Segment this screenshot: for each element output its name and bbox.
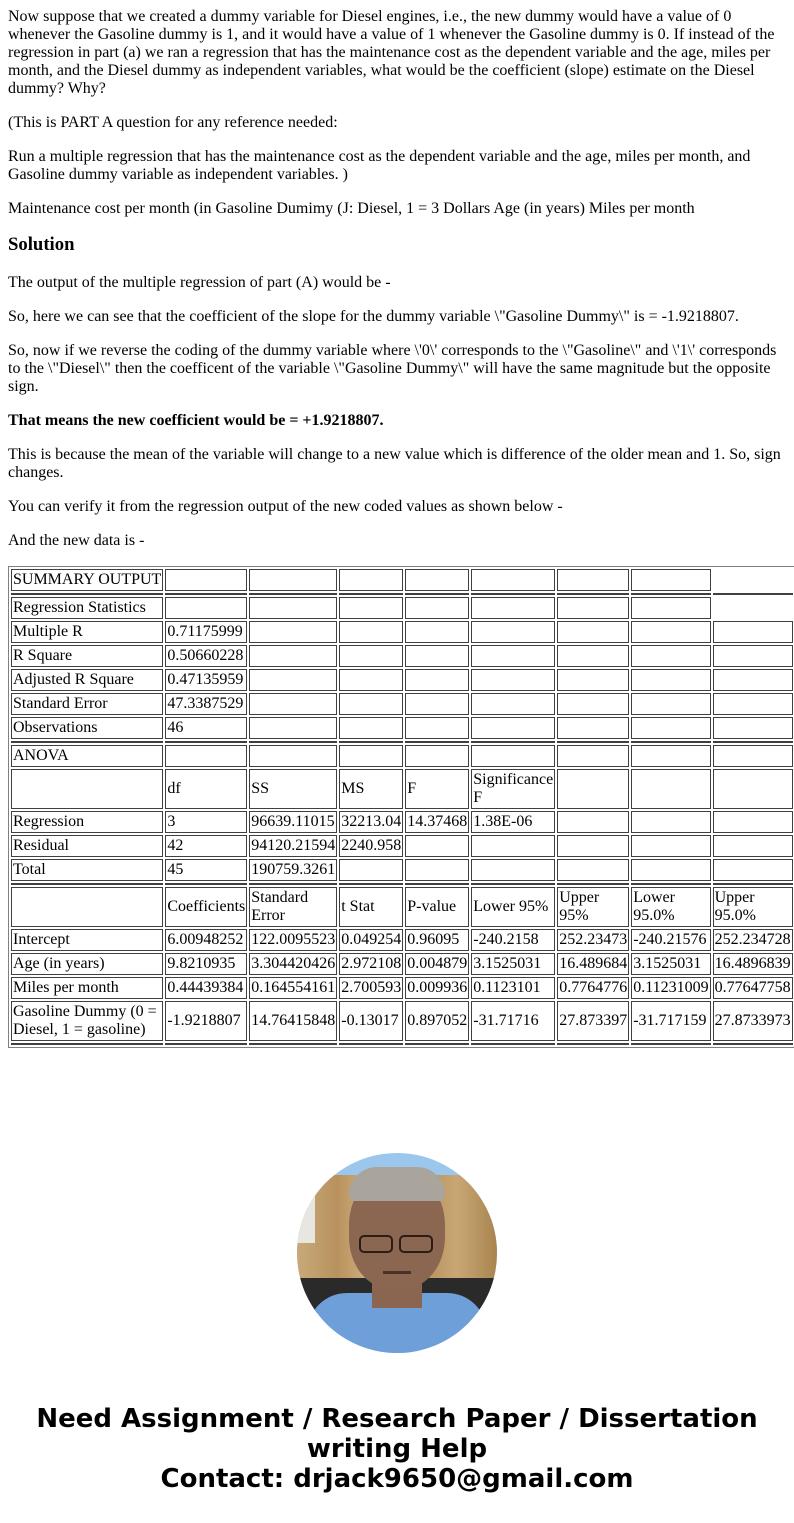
coefficient-value: 0.164554161: [249, 977, 337, 999]
coefficient-value: -240.21576: [631, 929, 710, 951]
empty-cell: [713, 669, 793, 691]
anova-header-cell: F: [405, 769, 469, 809]
empty-cell: [631, 811, 710, 833]
coefficient-row: Age (in years)9.82109353.3044204262.9721…: [11, 953, 793, 975]
anova-value: 190759.3261: [249, 859, 337, 881]
coefficient-value: 0.004879: [405, 953, 469, 975]
anova-header-cell: MS: [339, 769, 403, 809]
anova-value: 1.38E-06: [471, 811, 555, 833]
coefficient-value: 0.96095: [405, 929, 469, 951]
anova-row-label: Total: [11, 859, 163, 881]
stat-label: Observations: [11, 717, 163, 739]
separator-cell: [557, 741, 629, 743]
anova-value: 3: [165, 811, 247, 833]
regression-output-table: SUMMARY OUTPUTRegression StatisticsMulti…: [8, 566, 794, 1048]
anova-header-cell: [11, 769, 163, 809]
anova-value: 45: [165, 859, 247, 881]
coefficients-header-cell: Lower 95%: [471, 887, 555, 927]
separator-cell: [339, 1043, 403, 1045]
coefficient-value: 3.304420426: [249, 953, 337, 975]
regression-statistic-row: Observations46: [11, 717, 793, 739]
coefficient-row: Miles per month0.444393840.1645541612.70…: [11, 977, 793, 999]
regression-statistics-header-row: Regression Statistics: [11, 597, 793, 619]
separator-cell: [249, 883, 337, 885]
solution-paragraph-3: So, now if we reverse the coding of the …: [8, 342, 786, 396]
empty-cell: [557, 769, 629, 809]
coefficient-row-label: Intercept: [11, 929, 163, 951]
stat-label: Standard Error: [11, 693, 163, 715]
empty-cell: [471, 693, 555, 715]
empty-cell: [557, 835, 629, 857]
anova-value: [471, 859, 555, 881]
page-content: Now suppose that we created a dummy vari…: [0, 0, 794, 1048]
separator-cell: [631, 593, 710, 595]
anova-value: [405, 835, 469, 857]
stat-value: 47.3387529: [165, 693, 247, 715]
separator-cell: [165, 593, 247, 595]
empty-cell: [557, 669, 629, 691]
coefficient-row: Intercept6.00948252122.00955230.0492540.…: [11, 929, 793, 951]
separator-cell: [631, 1043, 710, 1045]
empty-cell: [339, 693, 403, 715]
coefficients-header-cell: t Stat: [339, 887, 403, 927]
coefficient-value: 0.7764776: [557, 977, 629, 999]
empty-cell: [713, 745, 793, 767]
separator-row: [11, 1043, 793, 1045]
coefficients-header-row: CoefficientsStandard Errort StatP-valueL…: [11, 887, 793, 927]
summary-output-row: SUMMARY OUTPUT: [11, 569, 793, 591]
coefficient-value: 9.8210935: [165, 953, 247, 975]
anova-title: ANOVA: [11, 745, 163, 767]
anova-row: Residual4294120.215942240.958: [11, 835, 793, 857]
empty-cell: [631, 569, 710, 591]
coefficient-value: 0.77647758: [713, 977, 793, 999]
solution-paragraph-2: So, here we can see that the coefficient…: [8, 308, 786, 326]
separator-cell: [631, 883, 710, 885]
separator-cell: [471, 883, 555, 885]
coefficient-value: -240.2158: [471, 929, 555, 951]
coefficients-header-cell: Lower 95.0%: [631, 887, 710, 927]
empty-cell: [713, 597, 793, 619]
coefficient-value: -1.9218807: [165, 1001, 247, 1041]
question-paragraph-3: Run a multiple regression that has the m…: [8, 148, 786, 184]
coefficient-value: 122.0095523: [249, 929, 337, 951]
footer-headline: Need Assignment / Research Paper / Disse…: [0, 1404, 794, 1464]
empty-cell: [339, 745, 403, 767]
empty-cell: [249, 717, 337, 739]
separator-cell: [249, 1043, 337, 1045]
separator-row: [11, 593, 793, 595]
empty-cell: [405, 569, 469, 591]
empty-cell: [405, 745, 469, 767]
separator-cell: [713, 1043, 793, 1045]
tutor-avatar: [297, 1153, 497, 1353]
coefficient-value: 16.489684: [557, 953, 629, 975]
empty-cell: [249, 621, 337, 643]
avatar-mouth: [383, 1271, 411, 1274]
empty-cell: [249, 569, 337, 591]
empty-cell: [713, 769, 793, 809]
empty-cell: [557, 811, 629, 833]
empty-cell: [339, 669, 403, 691]
separator-cell: [557, 593, 629, 595]
anova-header-cell: SS: [249, 769, 337, 809]
separator-cell: [631, 741, 710, 743]
empty-cell: [557, 569, 629, 591]
separator-cell: [471, 593, 555, 595]
question-paragraph-2: (This is PART A question for any referen…: [8, 114, 786, 132]
empty-cell: [631, 859, 710, 881]
empty-cell: [405, 621, 469, 643]
coefficient-row-label: Age (in years): [11, 953, 163, 975]
coefficient-value: 6.00948252: [165, 929, 247, 951]
anova-value: [471, 835, 555, 857]
regression-statistic-row: R Square0.50660228: [11, 645, 793, 667]
empty-cell: [249, 645, 337, 667]
empty-cell: [557, 597, 629, 619]
separator-cell: [557, 1043, 629, 1045]
empty-cell: [557, 717, 629, 739]
empty-cell: [713, 645, 793, 667]
anova-header-row: dfSSMSFSignificance F: [11, 769, 793, 809]
separator-cell: [339, 883, 403, 885]
stat-label: Multiple R: [11, 621, 163, 643]
separator-cell: [557, 883, 629, 885]
coefficient-value: -31.71716: [471, 1001, 555, 1041]
coefficients-header-cell: [11, 887, 163, 927]
empty-cell: [557, 693, 629, 715]
separator-cell: [11, 883, 163, 885]
separator-cell: [405, 741, 469, 743]
separator-cell: [405, 593, 469, 595]
solution-heading: Solution: [8, 234, 786, 256]
empty-cell: [249, 693, 337, 715]
empty-cell: [631, 645, 710, 667]
coefficient-value: 0.11231009: [631, 977, 710, 999]
separator-row: [11, 883, 793, 885]
solution-paragraph-7: And the new data is -: [8, 532, 786, 550]
empty-cell: [339, 717, 403, 739]
separator-cell: [249, 741, 337, 743]
stat-value: 0.47135959: [165, 669, 247, 691]
empty-cell: [405, 597, 469, 619]
empty-cell: [471, 717, 555, 739]
coefficient-value: -0.13017: [339, 1001, 403, 1041]
anova-value: 42: [165, 835, 247, 857]
coefficient-value: 3.1525031: [471, 953, 555, 975]
avatar-glasses: [359, 1235, 435, 1251]
solution-answer: That means the new coefficient would be …: [8, 412, 786, 430]
coefficient-value: -31.717159: [631, 1001, 710, 1041]
anova-value: 2240.958: [339, 835, 403, 857]
empty-cell: [249, 745, 337, 767]
coefficient-row-label: Gasoline Dummy (0 = Diesel, 1 = gasoline…: [11, 1001, 163, 1041]
regression-statistic-row: Multiple R0.71175999: [11, 621, 793, 643]
empty-cell: [405, 645, 469, 667]
separator-row: [11, 741, 793, 743]
separator-cell: [405, 1043, 469, 1045]
empty-cell: [713, 811, 793, 833]
empty-cell: [249, 669, 337, 691]
avatar-wall-switch: [297, 1193, 315, 1243]
empty-cell: [339, 569, 403, 591]
anova-row-label: Residual: [11, 835, 163, 857]
contact-footer: Need Assignment / Research Paper / Disse…: [0, 1404, 794, 1494]
empty-cell: [471, 745, 555, 767]
coefficients-header-cell: Upper 95%: [557, 887, 629, 927]
empty-cell: [631, 769, 710, 809]
empty-cell: [471, 645, 555, 667]
regression-statistics-title: Regression Statistics: [11, 597, 163, 619]
empty-cell: [631, 669, 710, 691]
separator-cell: [713, 883, 793, 885]
empty-cell: [713, 621, 793, 643]
empty-cell: [471, 669, 555, 691]
empty-cell: [165, 745, 247, 767]
coefficient-value: 27.873397: [557, 1001, 629, 1041]
coefficient-value: 0.44439384: [165, 977, 247, 999]
stat-value: 0.50660228: [165, 645, 247, 667]
coefficients-header-cell: Coefficients: [165, 887, 247, 927]
anova-value: 96639.11015: [249, 811, 337, 833]
separator-cell: [165, 741, 247, 743]
separator-cell: [339, 741, 403, 743]
coefficient-value: 27.8733973: [713, 1001, 793, 1041]
empty-cell: [339, 645, 403, 667]
empty-cell: [339, 597, 403, 619]
separator-cell: [165, 1043, 247, 1045]
coefficient-value: 0.897052: [405, 1001, 469, 1041]
anova-value: [339, 859, 403, 881]
empty-cell: [405, 717, 469, 739]
empty-cell: [339, 621, 403, 643]
empty-cell: [631, 621, 710, 643]
anova-value: 94120.21594: [249, 835, 337, 857]
anova-value: 14.37468: [405, 811, 469, 833]
separator-cell: [165, 883, 247, 885]
coefficient-value: 2.972108: [339, 953, 403, 975]
empty-cell: [557, 645, 629, 667]
empty-cell: [405, 669, 469, 691]
question-paragraph-4: Maintenance cost per month (in Gasoline …: [8, 200, 786, 218]
separator-cell: [339, 593, 403, 595]
anova-value: 32213.04: [339, 811, 403, 833]
empty-cell: [713, 717, 793, 739]
separator-cell: [11, 1043, 163, 1045]
empty-cell: [631, 693, 710, 715]
empty-cell: [471, 569, 555, 591]
empty-cell: [713, 693, 793, 715]
empty-cell: [713, 835, 793, 857]
anova-title-row: ANOVA: [11, 745, 793, 767]
avatar-hair: [349, 1167, 445, 1201]
footer-contact: Contact: drjack9650@gmail.com: [0, 1464, 794, 1494]
separator-cell: [471, 741, 555, 743]
question-paragraph-1: Now suppose that we created a dummy vari…: [8, 8, 786, 98]
empty-cell: [405, 693, 469, 715]
coefficient-value: 0.009936: [405, 977, 469, 999]
separator-cell: [713, 741, 793, 743]
coefficient-value: 3.1525031: [631, 953, 710, 975]
empty-cell: [557, 745, 629, 767]
coefficient-value: 252.23473: [557, 929, 629, 951]
stat-value: 46: [165, 717, 247, 739]
empty-cell: [557, 859, 629, 881]
separator-cell: [11, 741, 163, 743]
regression-statistic-row: Standard Error47.3387529: [11, 693, 793, 715]
stat-label: R Square: [11, 645, 163, 667]
empty-cell: [471, 597, 555, 619]
coefficient-value: 16.4896839: [713, 953, 793, 975]
empty-cell: [557, 621, 629, 643]
anova-value: [405, 859, 469, 881]
empty-cell: [713, 569, 793, 591]
separator-cell: [713, 593, 793, 595]
coefficient-row-label: Miles per month: [11, 977, 163, 999]
coefficient-row: Gasoline Dummy (0 = Diesel, 1 = gasoline…: [11, 1001, 793, 1041]
empty-cell: [631, 717, 710, 739]
anova-row: Total45190759.3261: [11, 859, 793, 881]
solution-paragraph-5: This is because the mean of the variable…: [8, 446, 786, 482]
separator-cell: [471, 1043, 555, 1045]
separator-cell: [249, 593, 337, 595]
coefficients-header-cell: Upper 95.0%: [713, 887, 793, 927]
coefficient-value: 2.700593: [339, 977, 403, 999]
coefficient-value: 0.1123101: [471, 977, 555, 999]
coefficients-header-cell: Standard Error: [249, 887, 337, 927]
separator-cell: [405, 883, 469, 885]
solution-paragraph-6: You can verify it from the regression ou…: [8, 498, 786, 516]
empty-cell: [631, 597, 710, 619]
empty-cell: [165, 597, 247, 619]
summary-output-title: SUMMARY OUTPUT: [11, 569, 163, 591]
coefficients-header-cell: P-value: [405, 887, 469, 927]
empty-cell: [249, 597, 337, 619]
coefficient-value: 0.049254: [339, 929, 403, 951]
empty-cell: [631, 835, 710, 857]
coefficient-value: 14.76415848: [249, 1001, 337, 1041]
anova-header-cell: df: [165, 769, 247, 809]
empty-cell: [631, 745, 710, 767]
anova-row-label: Regression: [11, 811, 163, 833]
empty-cell: [713, 859, 793, 881]
regression-statistic-row: Adjusted R Square0.47135959: [11, 669, 793, 691]
anova-row: Regression396639.1101532213.0414.374681.…: [11, 811, 793, 833]
stat-label: Adjusted R Square: [11, 669, 163, 691]
solution-paragraph-1: The output of the multiple regression of…: [8, 274, 786, 292]
separator-cell: [11, 593, 163, 595]
empty-cell: [165, 569, 247, 591]
empty-cell: [471, 621, 555, 643]
stat-value: 0.71175999: [165, 621, 247, 643]
coefficient-value: 252.234728: [713, 929, 793, 951]
anova-header-cell: Significance F: [471, 769, 555, 809]
